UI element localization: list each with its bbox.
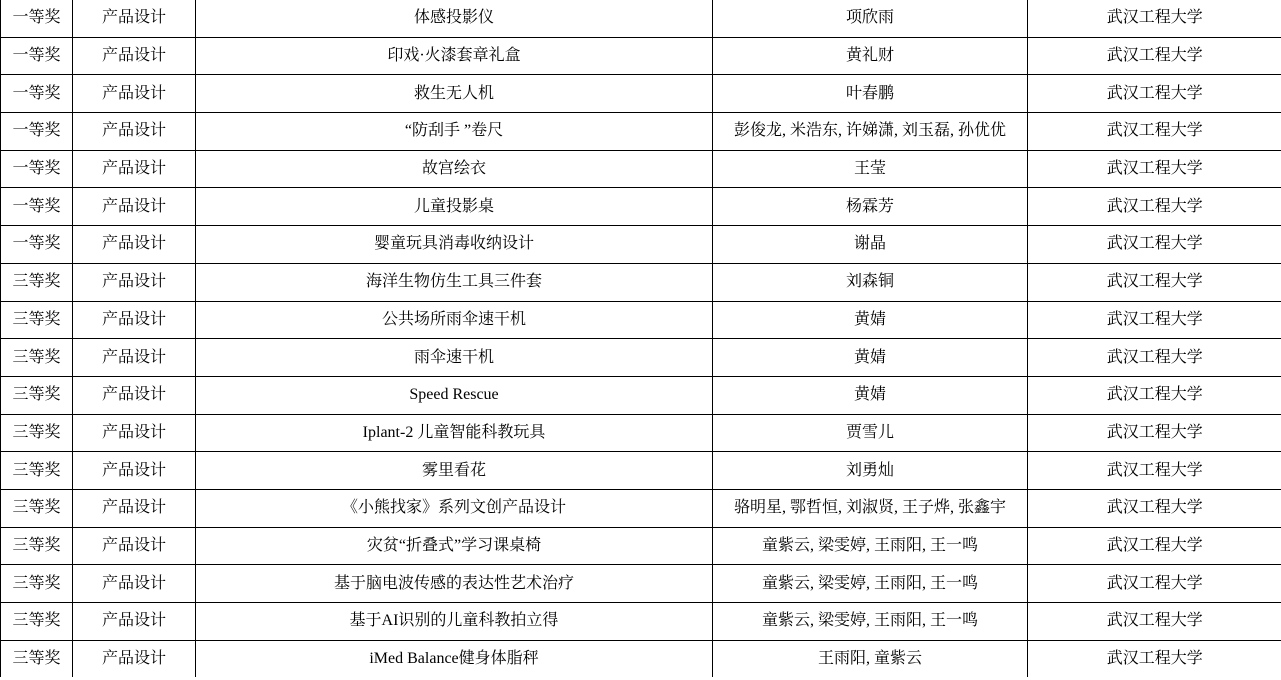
- award-level-cell: 三等奖: [1, 527, 73, 565]
- work-title-cell: 基于AI识别的儿童科教拍立得: [196, 603, 713, 641]
- authors-cell: 童紫云, 梁雯婷, 王雨阳, 王一鸣: [713, 603, 1028, 641]
- table-row: 一等奖 产品设计 体感投影仪 项欣雨 武汉工程大学: [1, 0, 1281, 37]
- table-row: 一等奖 产品设计 儿童投影桌 杨霖芳 武汉工程大学: [1, 188, 1281, 226]
- authors-cell: 刘森铜: [713, 263, 1028, 301]
- award-level-cell: 三等奖: [1, 414, 73, 452]
- table-row: 三等奖 产品设计 基于脑电波传感的表达性艺术治疗 童紫云, 梁雯婷, 王雨阳, …: [1, 565, 1281, 603]
- authors-cell: 谢晶: [713, 226, 1028, 264]
- university-cell: 武汉工程大学: [1028, 150, 1281, 188]
- award-level-cell: 一等奖: [1, 0, 73, 37]
- work-title-cell: 《小熊找家》系列文创产品设计: [196, 489, 713, 527]
- university-cell: 武汉工程大学: [1028, 603, 1281, 641]
- work-title-cell: 故宫绘衣: [196, 150, 713, 188]
- work-title-cell: 体感投影仪: [196, 0, 713, 37]
- table-row: 一等奖 产品设计 印戏·火漆套章礼盒 黄礼财 武汉工程大学: [1, 37, 1281, 75]
- work-title-cell: 基于脑电波传感的表达性艺术治疗: [196, 565, 713, 603]
- award-level-cell: 三等奖: [1, 452, 73, 490]
- table-row: 一等奖 产品设计 “防刮手 ”卷尺 彭俊龙, 米浩东, 许娣潇, 刘玉磊, 孙优…: [1, 113, 1281, 151]
- university-cell: 武汉工程大学: [1028, 414, 1281, 452]
- category-cell: 产品设计: [73, 75, 196, 113]
- authors-cell: 黄婧: [713, 301, 1028, 339]
- category-cell: 产品设计: [73, 0, 196, 37]
- award-level-cell: 三等奖: [1, 489, 73, 527]
- category-cell: 产品设计: [73, 640, 196, 677]
- table-row: 三等奖 产品设计 海洋生物仿生工具三件套 刘森铜 武汉工程大学: [1, 263, 1281, 301]
- authors-cell: 杨霖芳: [713, 188, 1028, 226]
- category-cell: 产品设计: [73, 301, 196, 339]
- authors-cell: 王雨阳, 童紫云: [713, 640, 1028, 677]
- category-cell: 产品设计: [73, 263, 196, 301]
- category-cell: 产品设计: [73, 603, 196, 641]
- university-cell: 武汉工程大学: [1028, 489, 1281, 527]
- university-cell: 武汉工程大学: [1028, 301, 1281, 339]
- award-level-cell: 一等奖: [1, 150, 73, 188]
- category-cell: 产品设计: [73, 226, 196, 264]
- authors-cell: 骆明星, 鄂哲恒, 刘淑贤, 王子烨, 张鑫宇: [713, 489, 1028, 527]
- university-cell: 武汉工程大学: [1028, 226, 1281, 264]
- university-cell: 武汉工程大学: [1028, 0, 1281, 37]
- work-title-cell: 雨伞速干机: [196, 339, 713, 377]
- authors-cell: 项欣雨: [713, 0, 1028, 37]
- award-level-cell: 一等奖: [1, 226, 73, 264]
- university-cell: 武汉工程大学: [1028, 527, 1281, 565]
- category-cell: 产品设计: [73, 188, 196, 226]
- category-cell: 产品设计: [73, 452, 196, 490]
- table-row: 一等奖 产品设计 故宫绘衣 王莹 武汉工程大学: [1, 150, 1281, 188]
- category-cell: 产品设计: [73, 150, 196, 188]
- authors-cell: 童紫云, 梁雯婷, 王雨阳, 王一鸣: [713, 527, 1028, 565]
- category-cell: 产品设计: [73, 527, 196, 565]
- table-row: 三等奖 产品设计 Speed Rescue 黄婧 武汉工程大学: [1, 376, 1281, 414]
- work-title-cell: 公共场所雨伞速干机: [196, 301, 713, 339]
- university-cell: 武汉工程大学: [1028, 263, 1281, 301]
- table-row: 三等奖 产品设计 基于AI识别的儿童科教拍立得 童紫云, 梁雯婷, 王雨阳, 王…: [1, 603, 1281, 641]
- table-row: 一等奖 产品设计 救生无人机 叶春鹏 武汉工程大学: [1, 75, 1281, 113]
- authors-cell: 童紫云, 梁雯婷, 王雨阳, 王一鸣: [713, 565, 1028, 603]
- university-cell: 武汉工程大学: [1028, 75, 1281, 113]
- award-level-cell: 三等奖: [1, 376, 73, 414]
- table-row: 三等奖 产品设计 Iplant-2 儿童智能科教玩具 贾雪儿 武汉工程大学: [1, 414, 1281, 452]
- work-title-cell: Iplant-2 儿童智能科教玩具: [196, 414, 713, 452]
- award-level-cell: 三等奖: [1, 640, 73, 677]
- award-level-cell: 三等奖: [1, 339, 73, 377]
- university-cell: 武汉工程大学: [1028, 113, 1281, 151]
- award-level-cell: 一等奖: [1, 37, 73, 75]
- category-cell: 产品设计: [73, 113, 196, 151]
- work-title-cell: 海洋生物仿生工具三件套: [196, 263, 713, 301]
- table-row: 一等奖 产品设计 婴童玩具消毒收纳设计 谢晶 武汉工程大学: [1, 226, 1281, 264]
- award-level-cell: 三等奖: [1, 263, 73, 301]
- awards-table-body: 一等奖 产品设计 体感投影仪 项欣雨 武汉工程大学 一等奖 产品设计 印戏·火漆…: [1, 0, 1281, 677]
- award-level-cell: 三等奖: [1, 301, 73, 339]
- work-title-cell: 儿童投影桌: [196, 188, 713, 226]
- authors-cell: 刘勇灿: [713, 452, 1028, 490]
- authors-cell: 黄礼财: [713, 37, 1028, 75]
- university-cell: 武汉工程大学: [1028, 188, 1281, 226]
- table-row: 三等奖 产品设计 《小熊找家》系列文创产品设计 骆明星, 鄂哲恒, 刘淑贤, 王…: [1, 489, 1281, 527]
- work-title-cell: 婴童玩具消毒收纳设计: [196, 226, 713, 264]
- university-cell: 武汉工程大学: [1028, 376, 1281, 414]
- category-cell: 产品设计: [73, 489, 196, 527]
- work-title-cell: 印戏·火漆套章礼盒: [196, 37, 713, 75]
- category-cell: 产品设计: [73, 376, 196, 414]
- university-cell: 武汉工程大学: [1028, 37, 1281, 75]
- university-cell: 武汉工程大学: [1028, 565, 1281, 603]
- work-title-cell: iMed Balance健身体脂秤: [196, 640, 713, 677]
- award-level-cell: 一等奖: [1, 75, 73, 113]
- category-cell: 产品设计: [73, 414, 196, 452]
- authors-cell: 叶春鹏: [713, 75, 1028, 113]
- award-level-cell: 三等奖: [1, 603, 73, 641]
- university-cell: 武汉工程大学: [1028, 339, 1281, 377]
- table-row: 三等奖 产品设计 灾贫“折叠式”学习课桌椅 童紫云, 梁雯婷, 王雨阳, 王一鸣…: [1, 527, 1281, 565]
- work-title-cell: 救生无人机: [196, 75, 713, 113]
- authors-cell: 黄婧: [713, 339, 1028, 377]
- university-cell: 武汉工程大学: [1028, 452, 1281, 490]
- table-row: 三等奖 产品设计 iMed Balance健身体脂秤 王雨阳, 童紫云 武汉工程…: [1, 640, 1281, 677]
- work-title-cell: Speed Rescue: [196, 376, 713, 414]
- award-level-cell: 一等奖: [1, 188, 73, 226]
- category-cell: 产品设计: [73, 565, 196, 603]
- authors-cell: 黄婧: [713, 376, 1028, 414]
- table-row: 三等奖 产品设计 雨伞速干机 黄婧 武汉工程大学: [1, 339, 1281, 377]
- work-title-cell: 雾里看花: [196, 452, 713, 490]
- award-level-cell: 三等奖: [1, 565, 73, 603]
- awards-table: 一等奖 产品设计 体感投影仪 项欣雨 武汉工程大学 一等奖 产品设计 印戏·火漆…: [0, 0, 1281, 677]
- work-title-cell: 灾贫“折叠式”学习课桌椅: [196, 527, 713, 565]
- university-cell: 武汉工程大学: [1028, 640, 1281, 677]
- table-row: 三等奖 产品设计 雾里看花 刘勇灿 武汉工程大学: [1, 452, 1281, 490]
- award-level-cell: 一等奖: [1, 113, 73, 151]
- authors-cell: 王莹: [713, 150, 1028, 188]
- category-cell: 产品设计: [73, 339, 196, 377]
- category-cell: 产品设计: [73, 37, 196, 75]
- table-row: 三等奖 产品设计 公共场所雨伞速干机 黄婧 武汉工程大学: [1, 301, 1281, 339]
- work-title-cell: “防刮手 ”卷尺: [196, 113, 713, 151]
- authors-cell: 贾雪儿: [713, 414, 1028, 452]
- authors-cell: 彭俊龙, 米浩东, 许娣潇, 刘玉磊, 孙优优: [713, 113, 1028, 151]
